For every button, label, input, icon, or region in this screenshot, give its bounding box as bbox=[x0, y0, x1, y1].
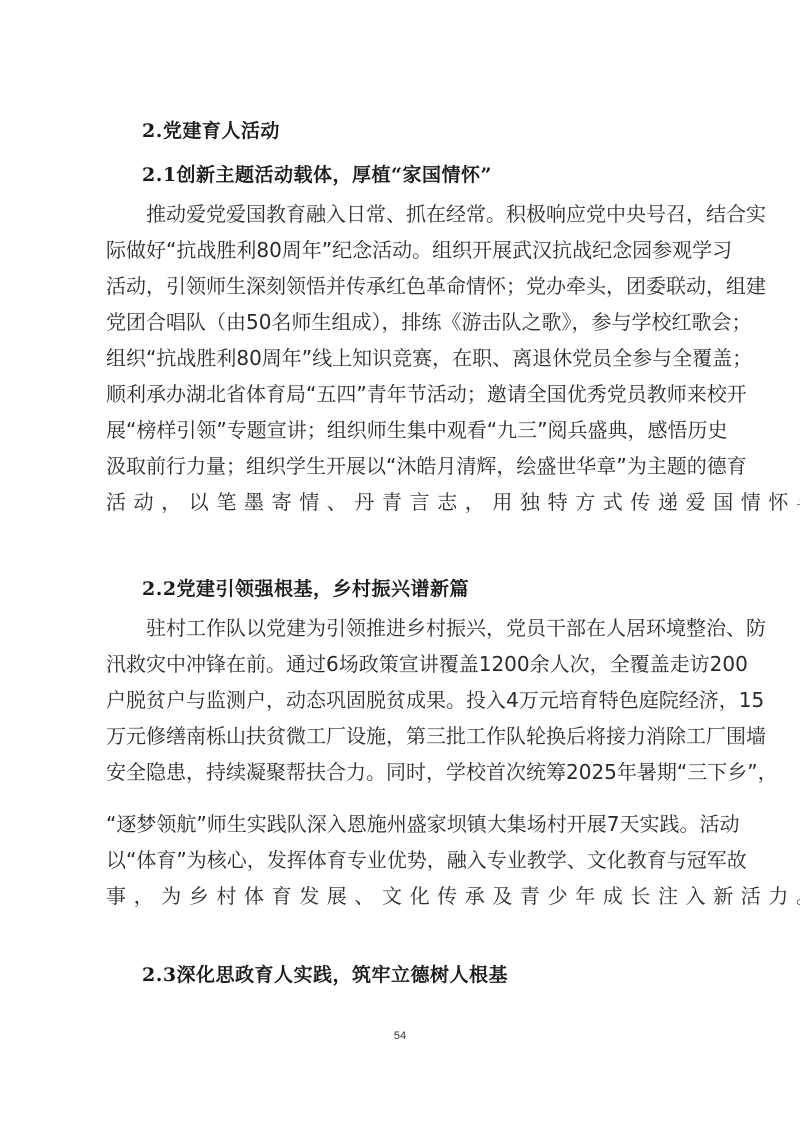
page-number: 54 bbox=[0, 1030, 800, 1042]
paragraph-line: 安全隐患，持续凝聚帮扶合力。同时，学校首次统筹2025年暑期“三下乡”， bbox=[106, 758, 712, 786]
paragraph-line: 事，为乡村体育发展、文化传承及青少年成长注入新活力。 bbox=[106, 882, 712, 910]
paragraph-line: 顺利承办湖北省体育局“五四”青年节活动；邀请全国优秀党员教师来校开 bbox=[106, 380, 712, 408]
paragraph-line: 活动，以笔墨寄情、丹青言志，用独特方式传递爱国情怀与时代担当。 bbox=[106, 488, 712, 516]
document-page: 2.党建育人活动 2.1创新主题活动载体，厚植“家国情怀” 推动爱党爱国教育融入… bbox=[0, 0, 800, 1131]
paragraph-line: 展“榜样引领”专题宣讲；组织师生集中观看“九三”阅兵盛典，感悟历史 bbox=[106, 416, 712, 444]
paragraph-line: 万元修缮南栎山扶贫微工厂设施，第三批工作队轮换后将接力消除工厂围墙 bbox=[106, 722, 712, 750]
section-heading: 2.党建育人活动 bbox=[142, 116, 280, 143]
paragraph-line: 党团合唱队（由50名师生组成），排练《游击队之歌》，参与学校红歌会； bbox=[106, 308, 712, 336]
paragraph-line: 汛救灾中冲锋在前。通过6场政策宣讲覆盖1200余人次，全覆盖走访200 bbox=[106, 650, 712, 678]
subsection-heading-2-2: 2.2党建引领强根基，乡村振兴谱新篇 bbox=[142, 574, 469, 601]
paragraph-line: 驻村工作队以党建为引领推进乡村振兴，党员干部在人居环境整治、防 bbox=[146, 614, 712, 642]
subsection-heading-2-3: 2.3深化思政育人实践，筑牢立德树人根基 bbox=[142, 960, 508, 987]
paragraph-line: 以“体育”为核心，发挥体育专业优势，融入专业教学、文化教育与冠军故 bbox=[106, 846, 712, 874]
paragraph-line: 汲取前行力量；组织学生开展以“沐皓月清辉，绘盛世华章”为主题的德育 bbox=[106, 452, 712, 480]
paragraph-line: 推动爱党爱国教育融入日常、抓在经常。积极响应党中央号召，结合实 bbox=[146, 200, 712, 228]
subsection-heading-2-1: 2.1创新主题活动载体，厚植“家国情怀” bbox=[142, 160, 492, 187]
paragraph-line: “逐梦领航”师生实践队深入恩施州盛家坝镇大集场村开展7天实践。活动 bbox=[106, 810, 712, 838]
paragraph-line: 户脱贫户与监测户，动态巩固脱贫成果。投入4万元培育特色庭院经济，15 bbox=[106, 686, 712, 714]
paragraph-line: 活动，引领师生深刻领悟并传承红色革命情怀；党办牵头，团委联动，组建 bbox=[106, 272, 712, 300]
paragraph-line: 际做好“抗战胜利80周年”纪念活动。组织开展武汉抗战纪念园参观学习 bbox=[106, 236, 712, 264]
paragraph-line: 组织“抗战胜利80周年”线上知识竞赛，在职、离退休党员全参与全覆盖； bbox=[106, 344, 712, 372]
